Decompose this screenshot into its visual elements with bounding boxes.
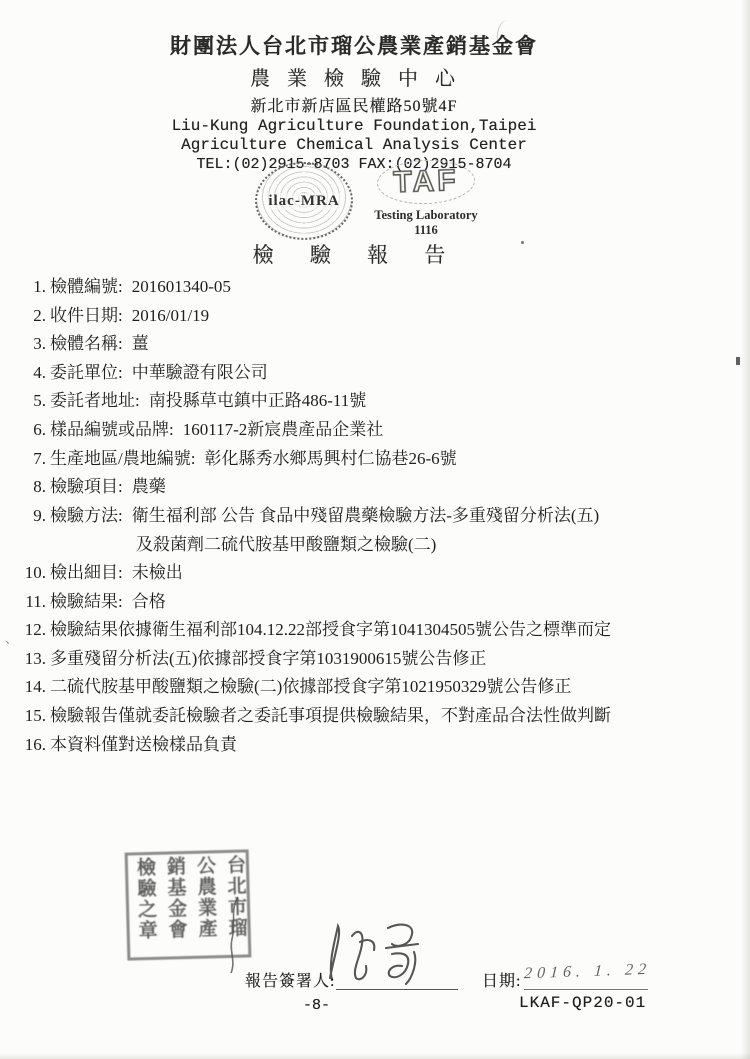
field-label: 收件日期: bbox=[50, 306, 123, 325]
item-number: 10. bbox=[0, 562, 46, 584]
field-label: 委託者地址: bbox=[50, 391, 140, 410]
item-number: 14. bbox=[0, 676, 46, 698]
organization-name-english: Liu-Kung Agriculture Foundation,Taipei bbox=[0, 117, 708, 135]
page-number: -8- bbox=[303, 997, 330, 1014]
item-number: 7. bbox=[0, 448, 46, 470]
note-text: 本資料僅對送檢樣品負責 bbox=[50, 735, 237, 754]
note-method-two-amendment: 14. 二硫代胺基甲酸鹽類之檢驗(二)依據部授食字第1021950329號公告修… bbox=[0, 676, 740, 705]
item-number: 15. bbox=[0, 705, 46, 727]
signer-label: 報告簽署人: bbox=[245, 968, 335, 991]
item-number: 8. bbox=[0, 476, 46, 498]
field-label: 檢驗結果: bbox=[50, 592, 123, 611]
field-value-continuation: 及殺菌劑二硫代胺基甲酸鹽類之檢驗(二) bbox=[136, 534, 599, 556]
field-value: 160117-2新宸農產品企業社 bbox=[183, 420, 384, 439]
field-test-result: 11. 檢驗結果:合格 bbox=[0, 591, 740, 620]
field-production-area: 7. 生產地區/農地編號:彰化縣秀水鄉馬興村仁協巷26-6號 bbox=[0, 448, 740, 477]
field-label: 檢驗方法: bbox=[50, 506, 123, 525]
handwritten-signature bbox=[318, 918, 438, 990]
accreditation-logos: ilac-MRA TAF Testing Laboratory 1116 bbox=[255, 160, 495, 238]
ilac-mra-logo-text: ilac-MRA bbox=[266, 193, 341, 210]
field-value: 未檢出 bbox=[132, 563, 183, 582]
field-value: 衛生福利部 公告 食品中殘留農藥檢驗方法-多重殘留分析法(五) bbox=[132, 506, 599, 525]
item-number: 12. bbox=[0, 619, 46, 641]
field-test-method: 9. 檢驗方法:衛生福利部 公告 食品中殘留農藥檢驗方法-多重殘留分析法(五) … bbox=[0, 505, 740, 562]
field-value: 201601340-05 bbox=[132, 277, 231, 296]
item-number: 2. bbox=[0, 305, 46, 327]
item-number: 9. bbox=[0, 505, 46, 527]
field-sample-name: 3. 檢體名稱:薑 bbox=[0, 333, 740, 362]
field-test-item: 8. 檢驗項目:農藥 bbox=[0, 476, 740, 505]
item-number: 1. bbox=[0, 276, 46, 298]
field-value: 合格 bbox=[132, 592, 166, 611]
taf-logo-text: TAF bbox=[393, 164, 459, 200]
signature-underline bbox=[336, 989, 458, 990]
field-label: 檢驗項目: bbox=[50, 477, 123, 496]
taf-caption: Testing Laboratory bbox=[371, 208, 481, 223]
report-header: 財團法人台北市瑠公農業產銷基金會 農 業 檢 驗 中 心 新北市新店區民權路50… bbox=[0, 30, 750, 173]
address-line: 新北市新店區民權路50號4F bbox=[0, 93, 708, 116]
date-label: 日期: bbox=[482, 968, 521, 991]
field-label: 檢體編號: bbox=[50, 277, 123, 296]
field-label: 檢出細目: bbox=[50, 563, 123, 582]
scan-edge-shadow-bottom bbox=[0, 1053, 750, 1059]
item-number: 6. bbox=[0, 419, 46, 441]
item-number: 3. bbox=[0, 333, 46, 355]
field-client: 4. 委託單位:中華驗證有限公司 bbox=[0, 362, 740, 391]
field-value: 薑 bbox=[132, 334, 149, 353]
handwritten-date: 2016. 1. 22 bbox=[523, 961, 654, 984]
note-disclaimer: 15. 檢驗報告僅就委託檢驗者之委託事項提供檢驗結果，不對產品合法性做判斷 bbox=[0, 705, 740, 734]
note-text: 檢驗結果依據衛生福利部104.12.22部授食字第1041304505號公告之標… bbox=[50, 620, 611, 639]
field-sample-brand: 6. 樣品編號或品牌:160117-2新宸農產品企業社 bbox=[0, 419, 740, 448]
ilac-mra-logo: ilac-MRA bbox=[255, 162, 353, 240]
taf-lab-number: 1116 bbox=[371, 223, 481, 238]
report-title: 檢 驗 報 告 bbox=[0, 239, 750, 269]
field-label: 委託單位: bbox=[50, 363, 123, 382]
note-text: 多重殘留分析法(五)依據部授食字第1031900615號公告修正 bbox=[50, 649, 486, 668]
note-standard-basis: 12. 檢驗結果依據衛生福利部104.12.22部授食字第1041304505號… bbox=[0, 619, 740, 648]
scan-artifact-pen-stroke bbox=[224, 895, 244, 975]
item-number: 4. bbox=[0, 362, 46, 384]
center-name-english: Agriculture Chemical Analysis Center bbox=[0, 136, 708, 154]
field-value: 中華驗證有限公司 bbox=[132, 363, 268, 382]
item-number: 16. bbox=[0, 734, 46, 756]
center-name: 農 業 檢 驗 中 心 bbox=[0, 62, 708, 91]
field-value: 南投縣草屯鎮中正路486-11號 bbox=[149, 391, 367, 410]
field-value: 農藥 bbox=[132, 477, 166, 496]
note-sample-responsibility: 16. 本資料僅對送檢樣品負責 bbox=[0, 734, 740, 763]
item-number: 5. bbox=[0, 390, 46, 412]
note-text: 二硫代胺基甲酸鹽類之檢驗(二)依據部授食字第1021950329號公告修正 bbox=[50, 677, 571, 696]
report-body: 1. 檢體編號:201601340-05 2. 收件日期:2016/01/19 … bbox=[0, 276, 740, 762]
field-label: 生產地區/農地編號: bbox=[50, 449, 195, 468]
date-underline bbox=[524, 989, 648, 990]
document-code: LKAF-QP20-01 bbox=[519, 994, 646, 1012]
organization-name: 財團法人台北市瑠公農業產銷基金會 bbox=[0, 30, 708, 60]
field-value: 2016/01/19 bbox=[132, 306, 209, 325]
taf-logo: TAF Testing Laboratory 1116 bbox=[371, 160, 481, 238]
note-method-five-amendment: 13. 多重殘留分析法(五)依據部授食字第1031900615號公告修正 bbox=[0, 648, 740, 677]
item-number: 11. bbox=[0, 591, 46, 613]
field-receive-date: 2. 收件日期:2016/01/19 bbox=[0, 305, 740, 334]
taf-logo-ellipse: TAF bbox=[376, 158, 475, 205]
item-number: 13. bbox=[0, 648, 46, 670]
field-client-address: 5. 委託者地址:南投縣草屯鎮中正路486-11號 bbox=[0, 390, 740, 419]
field-value: 彰化縣秀水鄉馬興村仁協巷26-6號 bbox=[204, 449, 456, 468]
field-detected-detail: 10. 檢出細目:未檢出 bbox=[0, 562, 740, 591]
field-sample-id: 1. 檢體編號:201601340-05 bbox=[0, 276, 740, 305]
field-label: 樣品編號或品牌: bbox=[50, 420, 174, 439]
field-label: 檢體名稱: bbox=[50, 334, 123, 353]
note-text: 檢驗報告僅就委託檢驗者之委託事項提供檢驗結果，不對產品合法性做判斷 bbox=[50, 706, 611, 725]
